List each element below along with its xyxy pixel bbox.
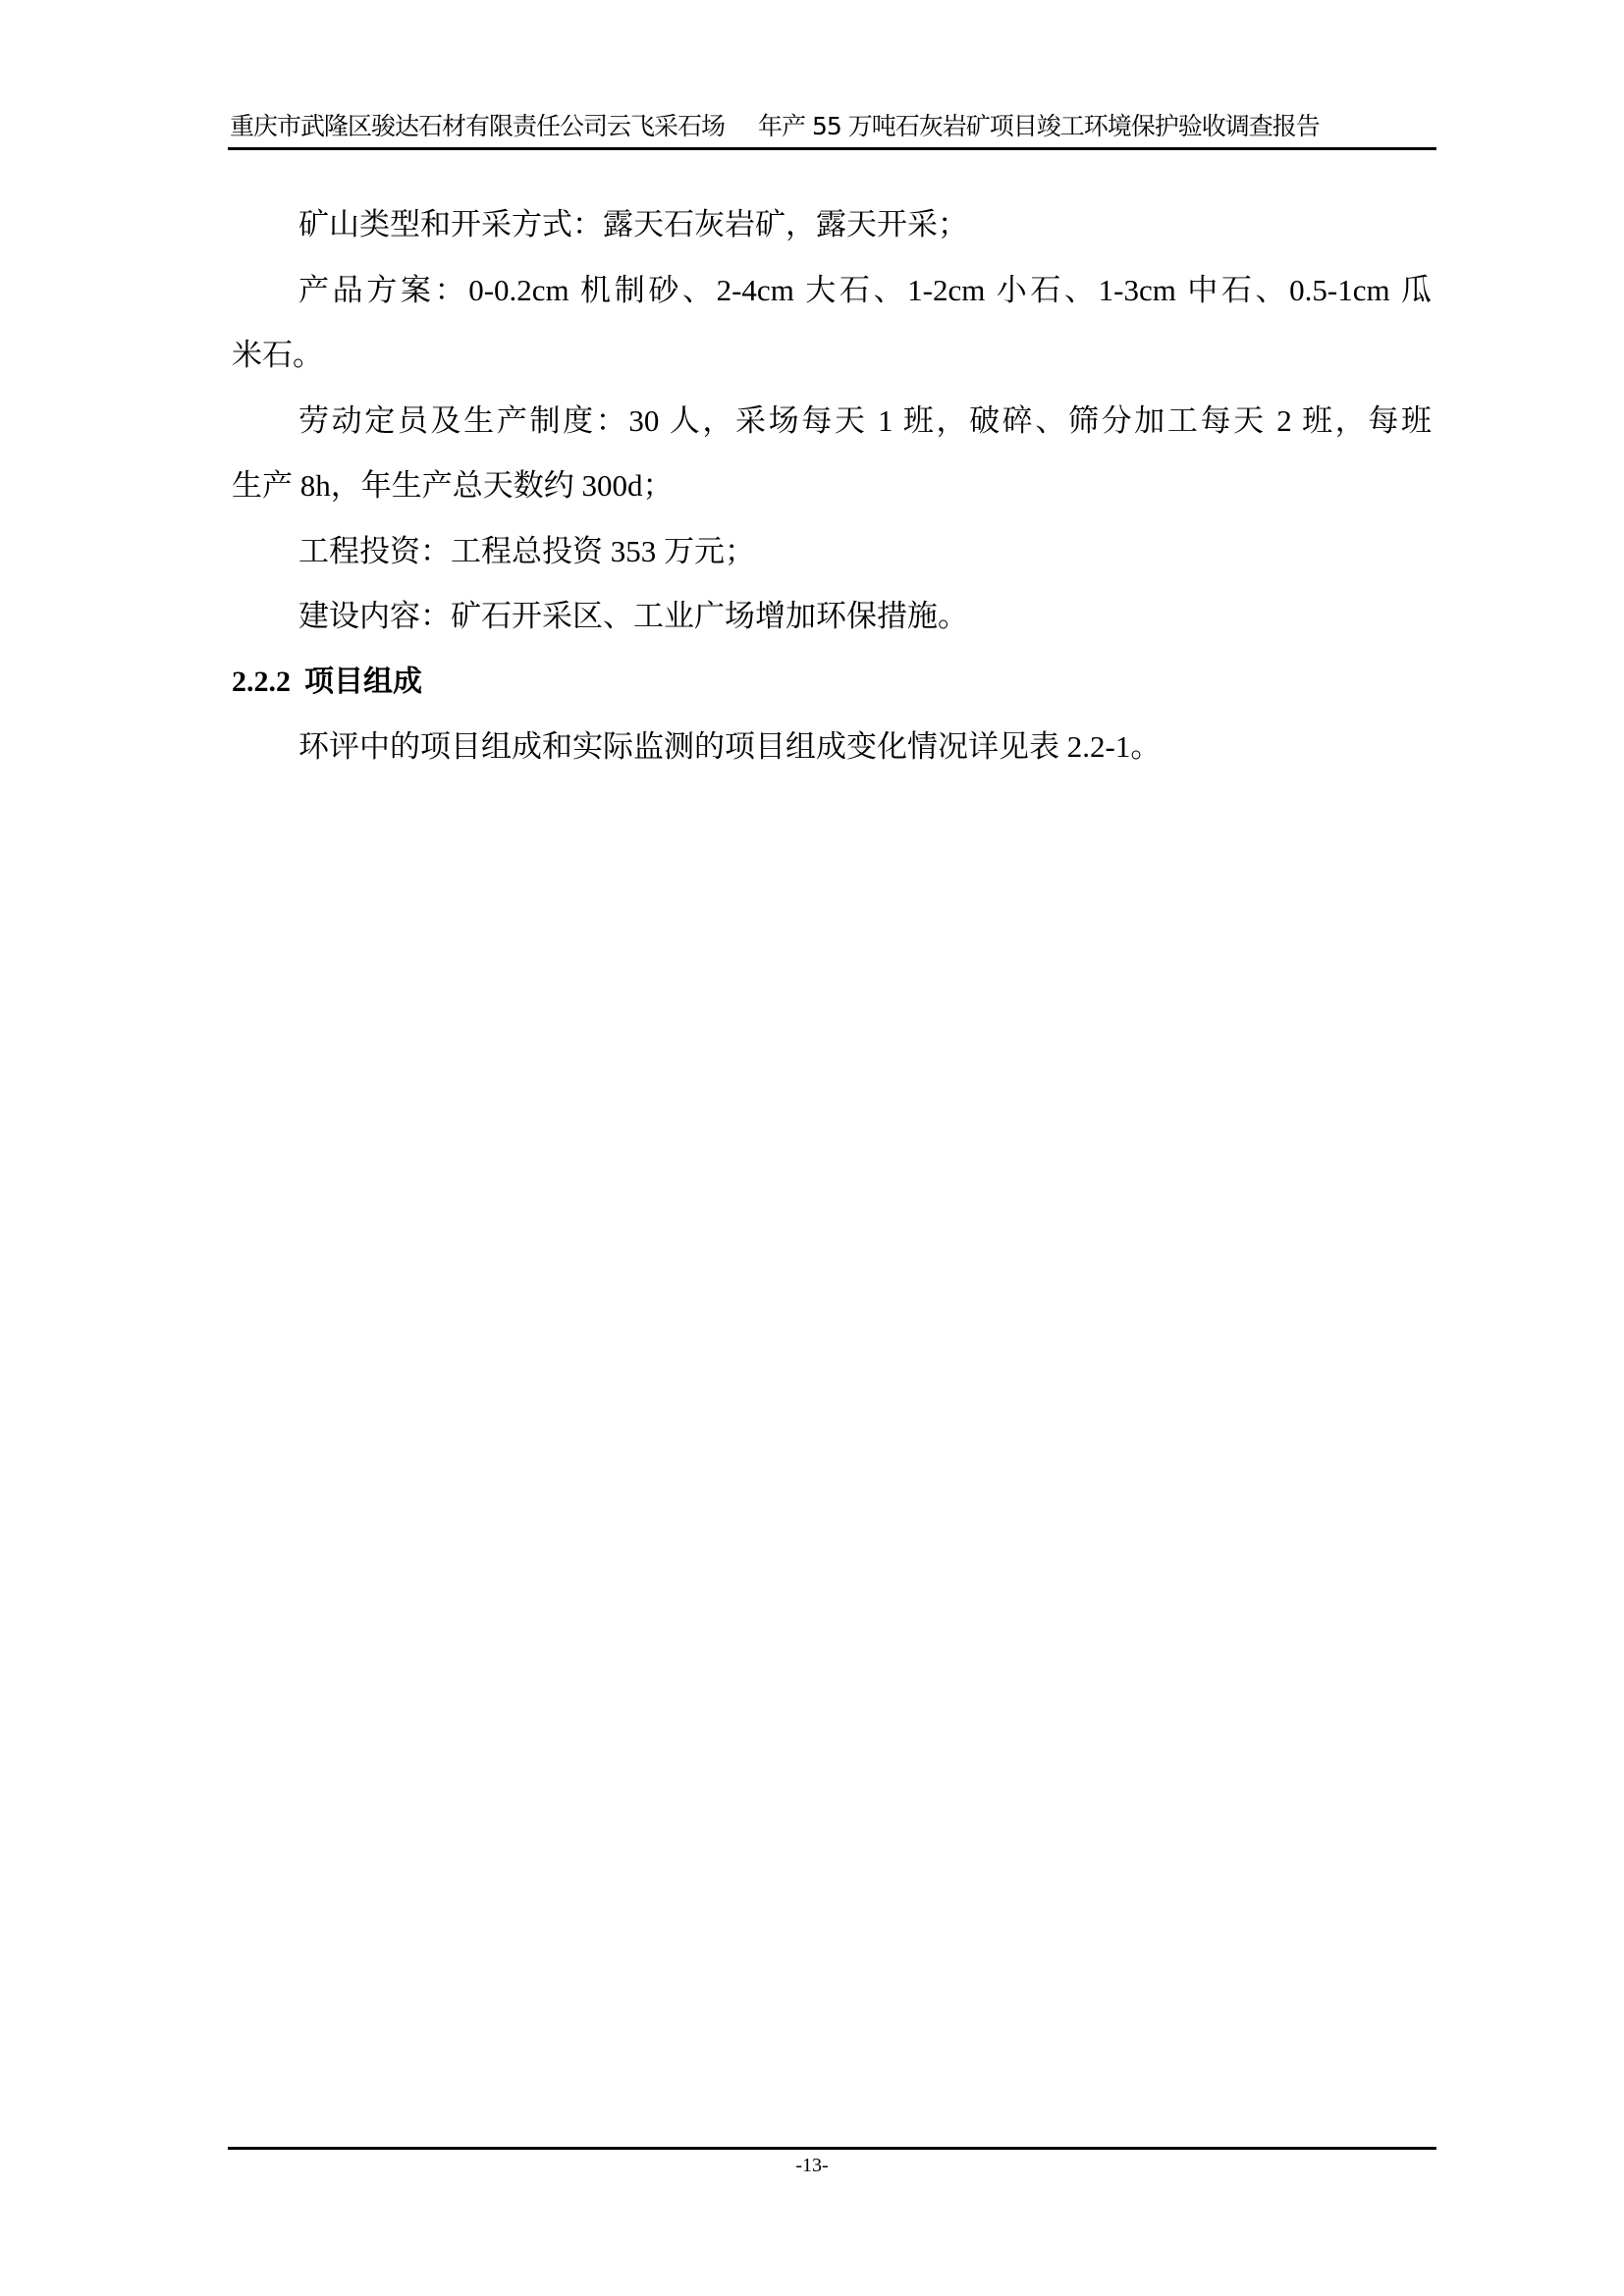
header-company: 重庆市武隆区骏达石材有限责任公司云飞采石场: [230, 112, 725, 140]
section-number: 2.2.2: [232, 666, 291, 698]
page-number: -13-: [0, 2153, 1624, 2178]
running-header: 重庆市武隆区骏达石材有限责任公司云飞采石场年产 55 万吨石灰岩矿项目竣工环境保…: [230, 110, 1437, 143]
paragraph-construction-content: 建设内容：矿石开采区、工业广场增加环保措施。: [232, 584, 1432, 650]
section-heading: 2.2.2项目组成: [232, 650, 1432, 716]
section-title: 项目组成: [304, 666, 422, 698]
paragraph-product-plan-line-2: 米石。: [232, 323, 1432, 389]
paragraph-staffing-line-1: 劳动定员及生产制度：30 人，采场每天 1 班，破碎、筛分加工每天 2 班，每班: [232, 389, 1432, 454]
page-body: 矿山类型和开采方式：露天石灰岩矿，露天开采； 产品方案：0-0.2cm 机制砂、…: [232, 192, 1432, 780]
footer-rule: [228, 2147, 1436, 2150]
header-report-title: 年产 55 万吨石灰岩矿项目竣工环境保护验收调查报告: [758, 112, 1320, 140]
paragraph-mine-type: 矿山类型和开采方式：露天石灰岩矿，露天开采；: [232, 192, 1432, 258]
header-rule: [228, 147, 1436, 150]
paragraph-product-plan-line-1: 产品方案：0-0.2cm 机制砂、2-4cm 大石、1-2cm 小石、1-3cm…: [232, 258, 1432, 324]
paragraph-staffing-line-2: 生产 8h，年生产总天数约 300d；: [232, 454, 1432, 519]
paragraph-project-composition: 环评中的项目组成和实际监测的项目组成变化情况详见表 2.2-1。: [232, 715, 1432, 780]
paragraph-investment: 工程投资：工程总投资 353 万元；: [232, 519, 1432, 585]
